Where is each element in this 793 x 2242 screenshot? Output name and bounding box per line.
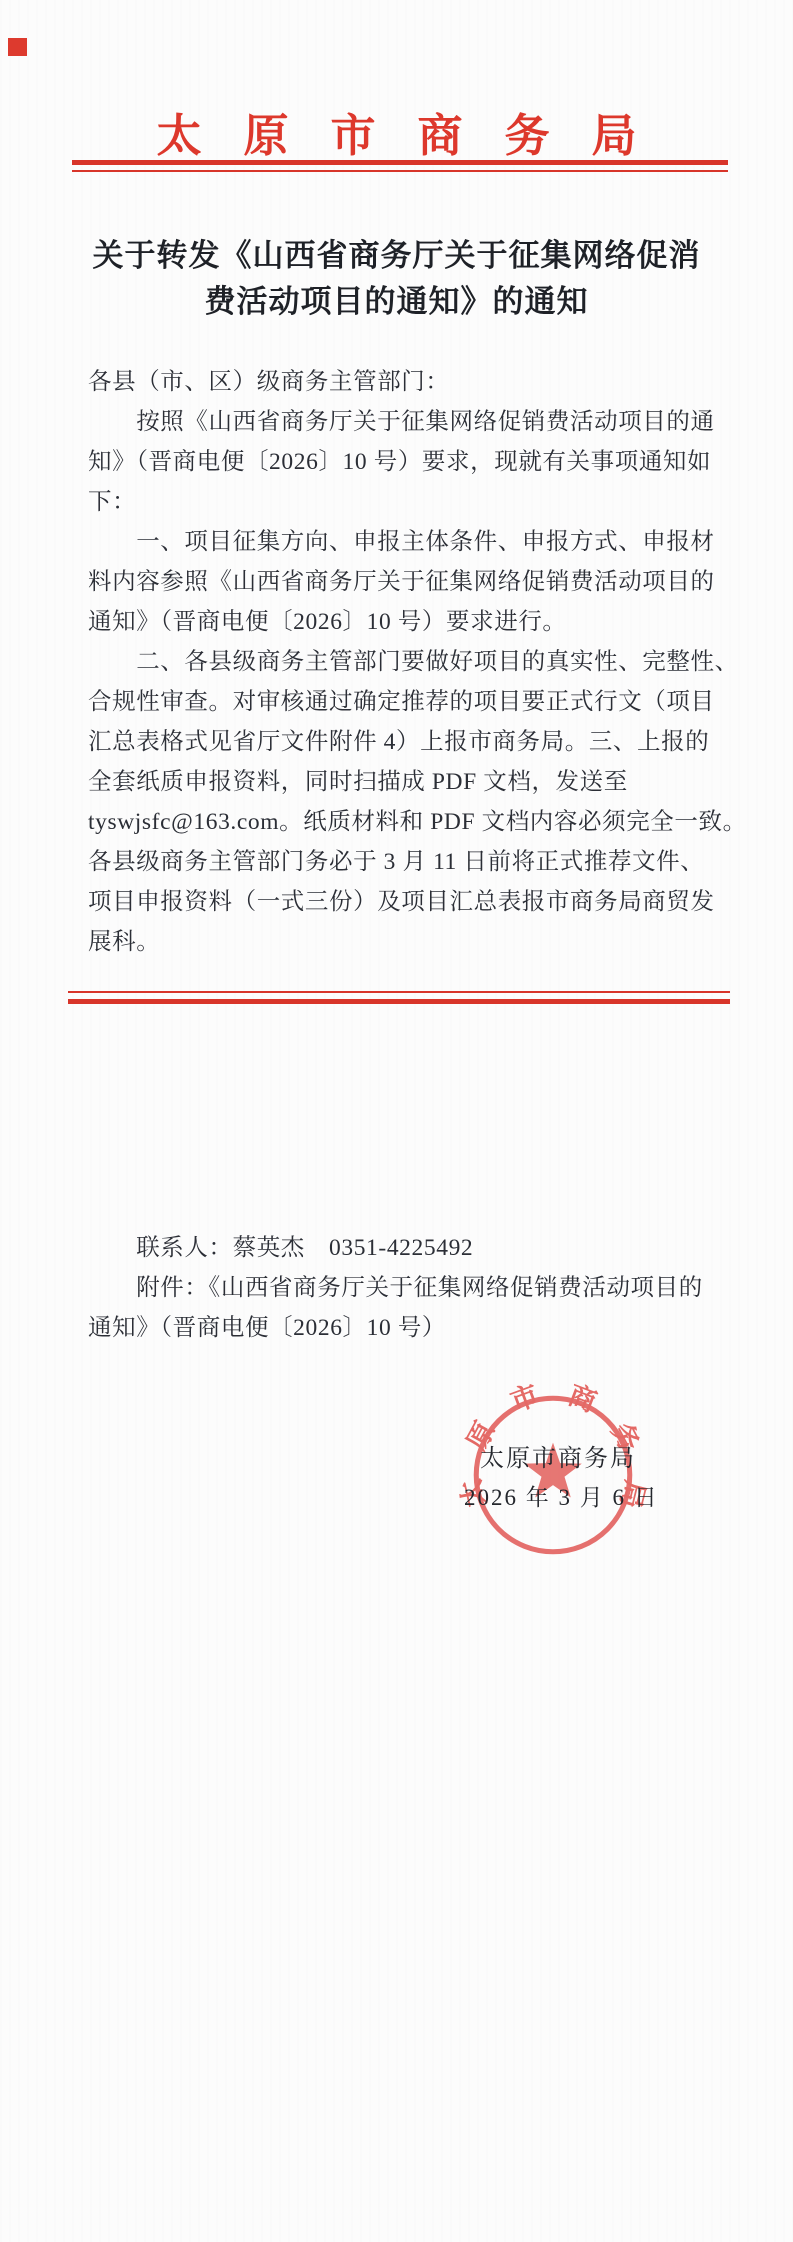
red-corner-mark: [8, 38, 27, 56]
signature-date: 2026 年 3 月 6 日: [464, 1479, 659, 1512]
contact-line: 联系人：蔡英杰 0351-4225492: [88, 1228, 718, 1268]
body-line: 知》（晋商电便〔2026〕10 号）要求，现就有关事项通知如: [88, 442, 718, 482]
header-divider-rule: [72, 160, 728, 172]
body-line: 合规性审查。对审核通过确定推荐的项目要正式行文（项目: [88, 682, 718, 722]
contact-line: 附件：《山西省商务厅关于征集网络促销费活动项目的: [88, 1268, 718, 1308]
body-line: 项目申报资料（一式三份）及项目汇总表报市商务局商贸发: [88, 882, 718, 922]
body-line: 通知》（晋商电便〔2026〕10 号）要求进行。: [88, 602, 718, 642]
body-line: 各县（市、区）级商务主管部门：: [88, 362, 718, 402]
document-body: 各县（市、区）级商务主管部门： 按照《山西省商务厅关于征集网络促销费活动项目的通…: [88, 362, 718, 962]
contact-block: 联系人：蔡英杰 0351-4225492 附件：《山西省商务厅关于征集网络促销费…: [88, 1228, 718, 1348]
body-line: 料内容参照《山西省商务厅关于征集网络促销费活动项目的: [88, 562, 718, 602]
document-title-line1: 关于转发《山西省商务厅关于征集网络促消: [0, 233, 793, 279]
document-title-line2: 费活动项目的通知》的通知: [0, 279, 793, 325]
body-line: 一、项目征集方向、申报主体条件、申报方式、申报材: [88, 522, 718, 562]
contact-line: 通知》（晋商电便〔2026〕10 号）: [88, 1308, 718, 1348]
body-line: 汇总表格式见省厅文件附件 4）上报市商务局。三、上报的: [88, 722, 718, 762]
body-line: tyswjsfc@163.com。纸质材料和 PDF 文档内容必须完全一致。: [88, 802, 718, 842]
footer-divider-rule: [68, 991, 730, 1004]
document-title: 关于转发《山西省商务厅关于征集网络促消 费活动项目的通知》的通知: [0, 233, 793, 325]
agency-header: 太原市商务局: [0, 99, 793, 164]
body-line: 各县级商务主管部门务必于 3 月 11 日前将正式推荐文件、: [88, 842, 718, 882]
body-line: 下：: [88, 482, 718, 522]
body-line: 二、各县级商务主管部门要做好项目的真实性、完整性、: [88, 642, 718, 682]
signature-agency: 太原市商务局: [480, 1438, 636, 1473]
official-seal: 太原市商务局: [452, 1374, 654, 1576]
body-line: 按照《山西省商务厅关于征集网络促销费活动项目的通: [88, 402, 718, 442]
document-page: 太原市商务局 关于转发《山西省商务厅关于征集网络促消 费活动项目的通知》的通知 …: [0, 0, 793, 2242]
body-line: 展科。: [88, 922, 718, 962]
body-line: 全套纸质申报资料，同时扫描成 PDF 文档，发送至: [88, 762, 718, 802]
